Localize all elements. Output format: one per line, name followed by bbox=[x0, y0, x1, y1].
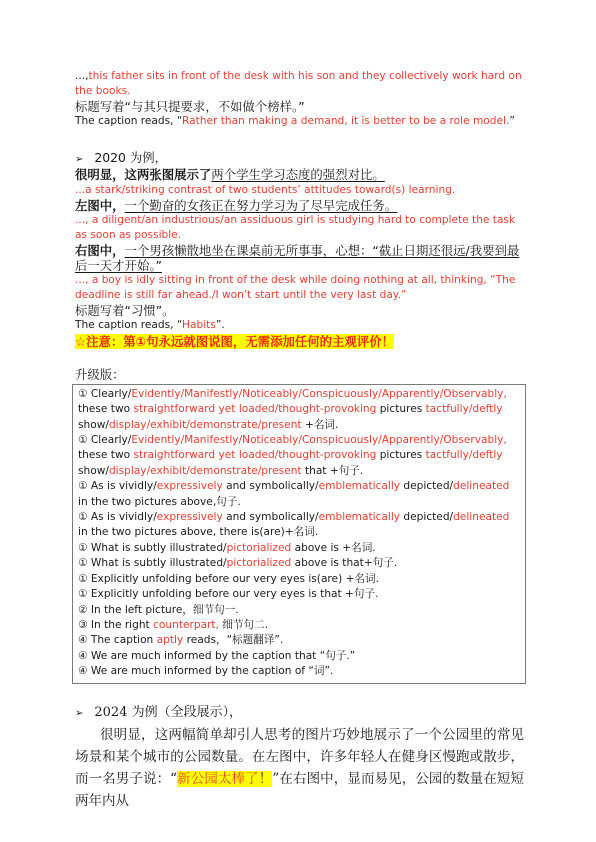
left-picture-bold: 左图中， bbox=[75, 198, 125, 213]
right-picture-bold: 右图中， bbox=[75, 243, 125, 258]
seg: and symbolically/ bbox=[223, 511, 319, 523]
arrow-bullet-icon: ➢ bbox=[75, 704, 83, 724]
seg: these two bbox=[78, 403, 133, 415]
heading-2024-label: 2024 为例（全段展示）， bbox=[94, 705, 242, 720]
seg-red: tactfully/deftly bbox=[426, 449, 503, 461]
document-page: ...,this father sits in front of the des… bbox=[0, 0, 596, 842]
arrow-bullet-icon: ➢ bbox=[75, 152, 83, 167]
seg-red: expressively bbox=[157, 511, 223, 523]
ellipsis-prefix: ..., bbox=[75, 70, 88, 82]
caption-quote-red: Rather than making a demand, it is bette… bbox=[182, 115, 509, 127]
seg-red: delineated bbox=[453, 511, 509, 523]
contrast-underlined: 两个学生学习态度的强烈对比。 bbox=[211, 167, 384, 182]
caption-cn-habits: 标题写着“习惯”。 bbox=[75, 303, 524, 318]
caption-en-role-model: The caption reads, “Rather than making a… bbox=[75, 114, 524, 129]
seg: in the two pictures above, there is(are)… bbox=[78, 526, 318, 538]
seg-red: delineated bbox=[453, 480, 509, 492]
heading-2024: ➢2024 为例（全段展示）， bbox=[75, 703, 524, 724]
seg: above is that+句子. bbox=[291, 557, 397, 569]
attention-note-text: 注意：第①句永远就图说图，无需添加任何的主观评价！ bbox=[86, 334, 394, 349]
seg-red: pictorialized bbox=[227, 542, 292, 554]
seg: and symbolically/ bbox=[223, 480, 319, 492]
seg: ① As is vividly/ bbox=[78, 480, 157, 492]
seg-red: aptly bbox=[157, 634, 184, 646]
seg: ④ The caption bbox=[78, 634, 157, 646]
seg: depicted/ bbox=[400, 480, 453, 492]
template-item-4: ① As is vividly/expressively and symboli… bbox=[78, 510, 521, 541]
template-item-3: ① As is vividly/expressively and symboli… bbox=[78, 479, 521, 510]
caption-lead: The caption reads, “ bbox=[75, 115, 182, 127]
seg-red: emblematically bbox=[319, 480, 400, 492]
seg: ① What is subtly illustrated/ bbox=[78, 542, 227, 554]
template-item-1: ① Clearly/Evidently/Manifestly/Noticeabl… bbox=[78, 387, 521, 433]
star-icon: ☆ bbox=[75, 334, 86, 349]
seg-red: pictorialized bbox=[227, 557, 292, 569]
caption-close-quote: ”. bbox=[216, 319, 225, 331]
para-contrast-en: ...a stark/striking contrast of two stud… bbox=[75, 183, 524, 198]
para-left-picture-cn: 左图中，一个勤奋的女孩正在努力学习为了尽早完成任务。 bbox=[75, 198, 524, 213]
template-item-10: ③ In the right counterpart, 细节句二. bbox=[78, 618, 521, 633]
seg-red: emblematically bbox=[319, 511, 400, 523]
seg-red: display/exhibit/demonstrate/present bbox=[109, 419, 302, 431]
template-item-6: ① What is subtly illustrated/pictorializ… bbox=[78, 556, 521, 571]
template-item-11: ④ The caption aptly reads，“标题翻译”. bbox=[78, 633, 521, 648]
seg-red: Evidently/Manifestly/Noticeably/Conspicu… bbox=[131, 388, 506, 400]
seg: above is +名词. bbox=[291, 542, 375, 554]
caption-en-habits: The caption reads, “Habits”. bbox=[75, 318, 524, 333]
seg: ① Clearly/ bbox=[78, 388, 131, 400]
para-father-example: ...,this father sits in front of the des… bbox=[75, 69, 524, 99]
seg-red: straightforward yet loaded/thought-provo… bbox=[133, 449, 376, 461]
template-item-12: ④ We are much informed by the caption th… bbox=[78, 649, 521, 664]
left-picture-underlined: 一个勤奋的女孩正在努力学习为了尽早完成任务。 bbox=[125, 198, 398, 213]
seg-red: straightforward yet loaded/thought-provo… bbox=[133, 403, 376, 415]
seg-red: tactfully/deftly bbox=[426, 403, 503, 415]
template-item-2: ① Clearly/Evidently/Manifestly/Noticeabl… bbox=[78, 433, 521, 479]
attention-note-highlight: ☆注意：第①句永远就图说图，无需添加任何的主观评价！ bbox=[75, 334, 394, 349]
para-contrast-cn: 很明显，这两张图展示了两个学生学习态度的强烈对比。 bbox=[75, 167, 524, 182]
seg-red: Evidently/Manifestly/Noticeably/Conspicu… bbox=[131, 434, 506, 446]
template-item-8: ① Explicitly unfolding before our very e… bbox=[78, 587, 521, 602]
seg: show/ bbox=[78, 465, 109, 477]
template-item-5: ① What is subtly illustrated/pictorializ… bbox=[78, 541, 521, 556]
seg-red: expressively bbox=[157, 480, 223, 492]
seg: ③ In the right bbox=[78, 619, 153, 631]
seg: these two bbox=[78, 449, 133, 461]
seg: ① What is subtly illustrated/ bbox=[78, 557, 227, 569]
caption-quote-red: Habits bbox=[182, 319, 216, 331]
caption-lead: The caption reads, “ bbox=[75, 319, 182, 331]
seg: +名词. bbox=[302, 419, 339, 431]
sample-highlight: 新公园太棒了！ bbox=[177, 771, 272, 787]
para-left-picture-en: ..., a diligent/an industrious/an assidu… bbox=[75, 213, 524, 243]
seg: reads，“标题翻译”. bbox=[183, 634, 283, 646]
seg: show/ bbox=[78, 419, 109, 431]
seg: pictures bbox=[376, 403, 425, 415]
seg: ① Clearly/ bbox=[78, 434, 131, 446]
seg: 细节句二. bbox=[219, 619, 268, 631]
seg: that +句子. bbox=[302, 465, 364, 477]
template-item-7: ① Explicitly unfolding before our very e… bbox=[78, 572, 521, 587]
caption-close-quote: ” bbox=[509, 115, 515, 127]
template-item-13: ④ We are much informed by the caption of… bbox=[78, 664, 521, 679]
attention-note: ☆注意：第①句永远就图说图，无需添加任何的主观评价！ bbox=[75, 334, 524, 349]
para-right-picture-en: ..., a boy is idly sitting in front of t… bbox=[75, 273, 524, 303]
caption-cn-role-model: 标题写着“与其只提要求，不如做个榜样。” bbox=[75, 99, 524, 114]
father-sentence-red: this father sits in front of the desk wi… bbox=[75, 70, 522, 97]
contrast-bold: 很明显，这两张图展示了 bbox=[75, 167, 211, 182]
sample-highlight-exclaim: ！ bbox=[259, 771, 273, 787]
sample-highlight-red: 新公园太棒了 bbox=[177, 771, 259, 787]
para-2024-sample: 很明显，这两幅简单却引人思考的图片巧妙地展示了一个公园里的常见场景和某个城市的公… bbox=[75, 724, 524, 813]
seg: ① As is vividly/ bbox=[78, 511, 157, 523]
seg: pictures bbox=[376, 449, 425, 461]
heading-2020: ➢2020 为例， bbox=[75, 150, 524, 167]
seg-red: display/exhibit/demonstrate/present bbox=[109, 465, 302, 477]
seg: depicted/ bbox=[400, 511, 453, 523]
heading-2020-label: 2020 为例， bbox=[94, 150, 167, 165]
seg: in the two pictures above,句子. bbox=[78, 496, 241, 508]
template-item-9: ② In the left picture，细节句一. bbox=[78, 603, 521, 618]
para-right-picture-cn: 右图中，一个男孩懒散地坐在课桌前无所事事，心想：“截止日期还很远/我要到最后一天… bbox=[75, 243, 524, 273]
upgrade-label: 升级版： bbox=[75, 367, 524, 382]
right-picture-underlined: 一个男孩懒散地坐在课桌前无所事事，心想：“截止日期还很远/我要到最后一天才开始。… bbox=[75, 243, 519, 273]
seg-red: counterpart, bbox=[153, 619, 219, 631]
sentence-template-box: ① Clearly/Evidently/Manifestly/Noticeabl… bbox=[72, 384, 526, 684]
